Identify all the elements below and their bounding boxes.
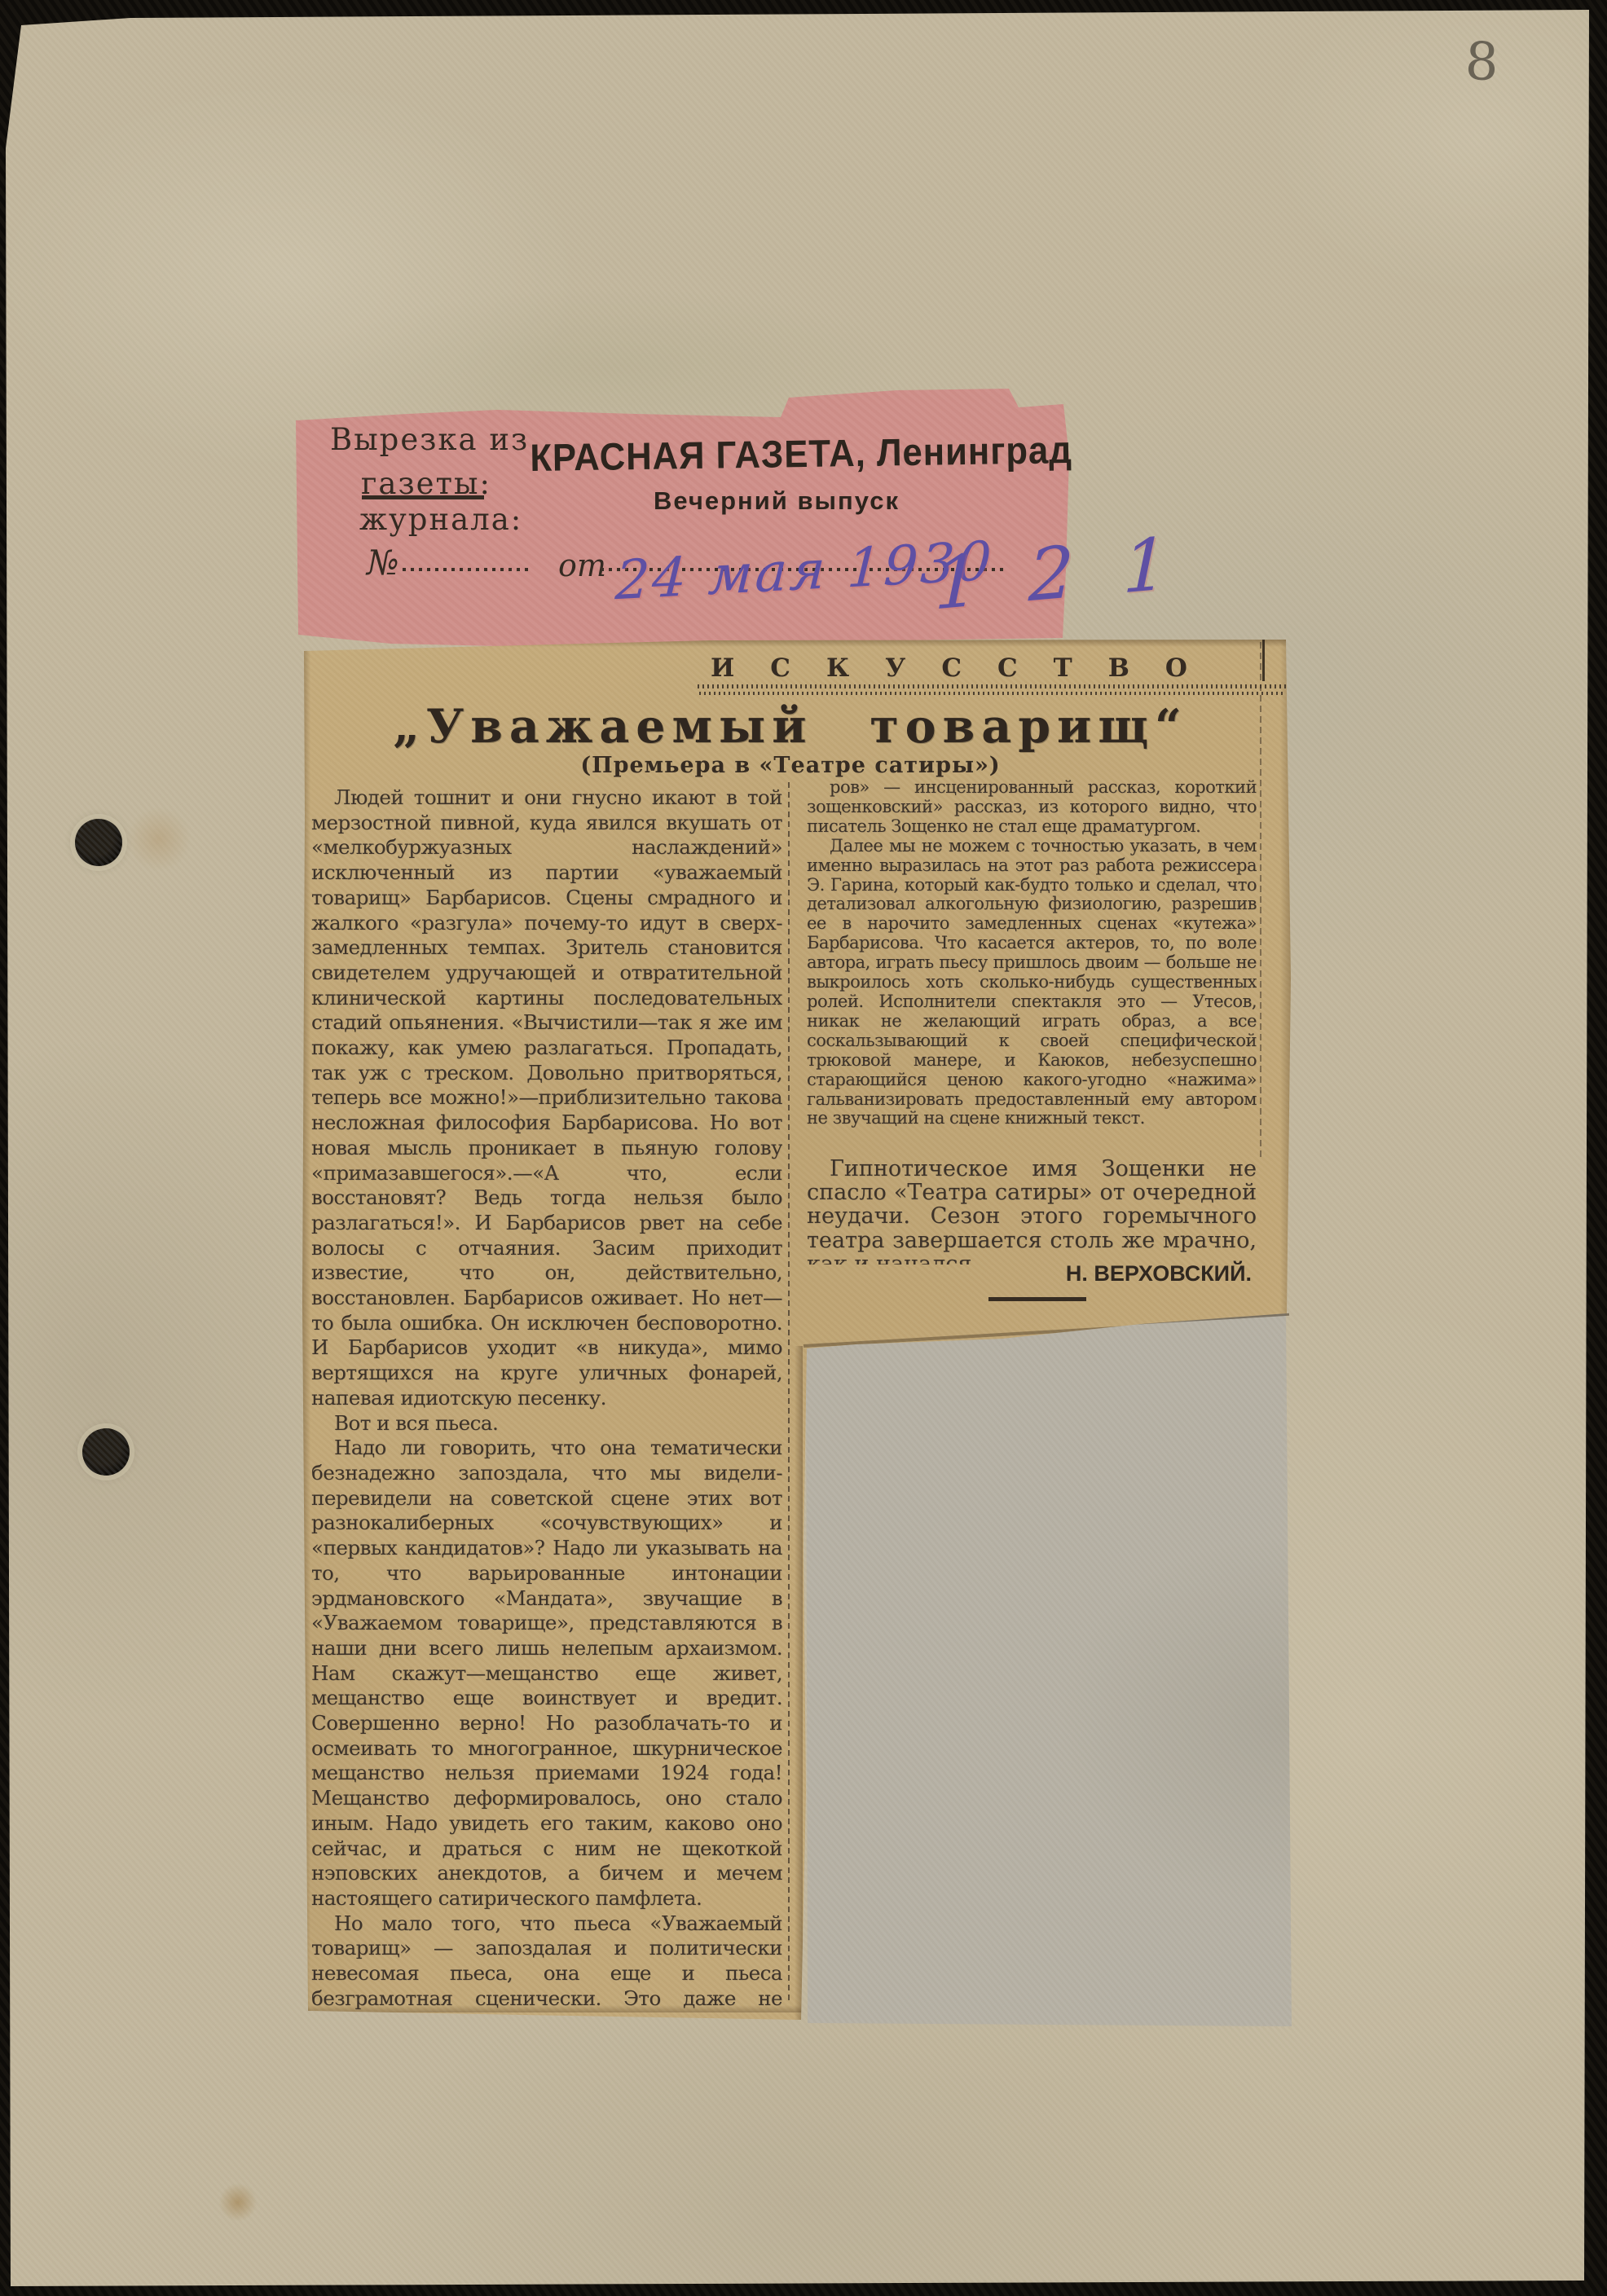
paragraph: Людей тошнит и они гнусно икают в той ме… [311, 785, 782, 1411]
column-divider-rule [788, 782, 790, 2004]
clipping-torn-edge [795, 1346, 803, 2021]
article-subtitle: (Премьера в «Театре сатиры») [342, 753, 1239, 778]
punch-hole [75, 819, 122, 866]
paper-stain [122, 807, 196, 872]
right-column-rule [1260, 631, 1261, 1161]
paragraph: ров» — инсценированный рассказ, короткий… [807, 778, 1257, 837]
label-number-prefix: № [367, 543, 399, 583]
article-left-column: Людей тошнит и они гнусно икают в той ме… [311, 785, 782, 2014]
label-date-prefix: от [558, 548, 606, 583]
paragraph: Но мало того, что пьеса «Уважаемый товар… [311, 1911, 782, 2014]
label-cut-from: Вырезка из [330, 422, 529, 457]
paper-stain [214, 2182, 262, 2223]
newspaper-clipping: ИСКУССТВО „Уважаемый товарищ“ (Премьера … [0, 0, 1607, 2296]
dotted-leader [403, 568, 533, 571]
punch-hole [82, 1428, 130, 1476]
article-right-column-small: ров» — инсценированный рассказ, короткий… [807, 778, 1257, 1155]
right-column-rule-mark [1262, 629, 1265, 681]
signature-rule [988, 1297, 1086, 1301]
album-page: 8 Вырезка из газеты: журнала: КРАСНАЯ ГА… [0, 0, 1607, 2296]
paragraph: Вот и вся пьеса. [311, 1411, 782, 1436]
article-title: „Уважаемый товарищ“ [342, 699, 1239, 754]
paragraph: Гипнотическое имя Зощенки не спасло «Теа… [807, 1157, 1257, 1265]
label-zhurnala: журнала: [359, 502, 522, 537]
page-number: 8 [1464, 32, 1524, 94]
clipping-edge-shadow [302, 640, 310, 2017]
article-right-column-large: Гипнотическое имя Зощенки не спасло «Теа… [807, 1157, 1257, 1265]
author-signature: Н. ВЕРХОВСКИЙ. [807, 1261, 1252, 1287]
ornamental-rule [698, 684, 1286, 696]
label-edition: Вечерний выпуск [654, 486, 900, 516]
section-heading: ИСКУССТВО [711, 653, 1223, 683]
paragraph: Надо ли говорить, что она тематически бе… [311, 1436, 782, 1911]
label-divider-rule [362, 495, 484, 499]
paragraph: Далее мы не можем с точностью указать, в… [807, 837, 1257, 1129]
scanned-archive-page: 8 Вырезка из газеты: журнала: КРАСНАЯ ГА… [0, 0, 1607, 2296]
label-newspaper-name: КРАСНАЯ ГАЗЕТА, Ленинград [530, 427, 1072, 480]
clipping-edge-shadow [1280, 640, 1291, 1316]
